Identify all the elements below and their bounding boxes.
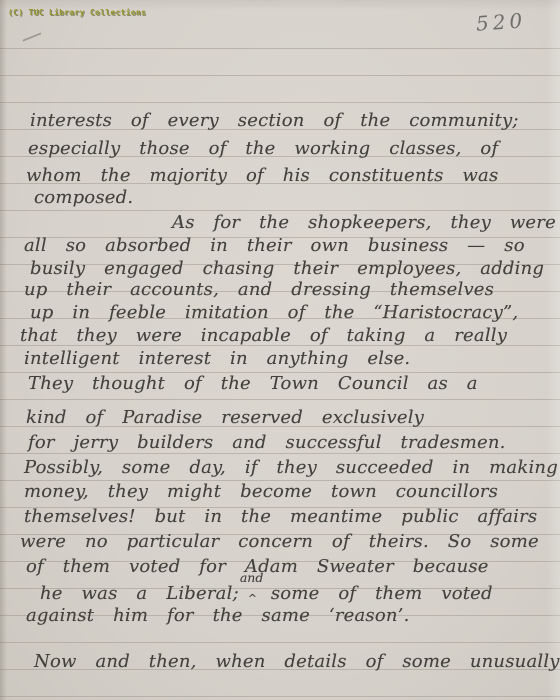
- manuscript-line: kind of Paradise reserved exclusively: [26, 407, 424, 429]
- manuscript-line: Now and then, when details of some unusu…: [34, 651, 560, 673]
- scanned-manuscript-page: (C) TUC Library Collections 520 interest…: [0, 0, 560, 700]
- manuscript-line: As for the shopkeepers, they were: [172, 212, 556, 234]
- inserted-word-text: and: [240, 567, 264, 589]
- library-watermark: (C) TUC Library Collections: [8, 8, 146, 17]
- line-post-text: some of them voted: [271, 583, 493, 604]
- manuscript-line: for jerry builders and successful trades…: [28, 432, 506, 454]
- manuscript-line: all so absorbed in their own business — …: [24, 235, 525, 257]
- manuscript-line: against him for the same ‘reason’.: [26, 605, 410, 627]
- manuscript-line: money, they might become town councillor…: [24, 481, 498, 503]
- manuscript-line: up in feeble imitation of the “Haristocr…: [30, 302, 518, 324]
- manuscript-line: that they were incapable of taking a rea…: [20, 325, 507, 347]
- manuscript-line: busily engaged chasing their employees, …: [30, 258, 544, 280]
- manuscript-line: were no particular concern of theirs. So…: [20, 531, 539, 553]
- manuscript-line: interests of every section of the commun…: [30, 110, 519, 132]
- manuscript-line: themselves! but in the meantime public a…: [24, 506, 537, 528]
- line-pre-text: he was a Liberal;: [40, 583, 239, 604]
- manuscript-line-with-insertion: he was a Liberal;and^some of them voted: [40, 581, 493, 605]
- manuscript-line: intelligent interest in anything else.: [24, 348, 410, 370]
- manuscript-line: whom the majority of his constituents wa…: [26, 165, 498, 187]
- pencil-mark: [22, 32, 41, 41]
- manuscript-line: They thought of the Town Council as a: [28, 373, 478, 395]
- page-number: 520: [475, 8, 527, 35]
- manuscript-line: up their accounts, and dressing themselv…: [24, 279, 494, 301]
- manuscript-line: composed.: [34, 187, 133, 209]
- inserted-word-and: and^: [239, 581, 271, 599]
- manuscript-line: especially those of the working classes,…: [28, 138, 498, 160]
- manuscript-line: Possibly, some day, if they succeeded in…: [24, 457, 558, 479]
